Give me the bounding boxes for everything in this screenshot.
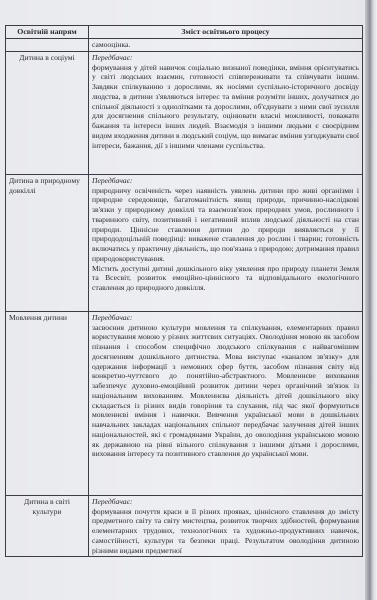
content-cell: Передбачає: засвоєння дитиною культури м… — [89, 311, 363, 495]
direction-cell: Дитина в природному довкіллі — [6, 174, 89, 311]
direction-cell — [6, 38, 89, 51]
content-cell: Передбачає: формування у дітей навичок с… — [89, 51, 363, 174]
content-cell: Передбачає: природничу освіченість через… — [89, 174, 363, 311]
content-paragraph: формування почуття краси в її різних про… — [92, 507, 359, 556]
direction-cell: Мовлення дитини — [6, 311, 89, 495]
content-intro: Передбачає: — [92, 53, 359, 63]
content-paragraph: самооцінка. — [92, 40, 359, 50]
educational-content-table: Освітній напрям Зміст освітнього процесу… — [5, 25, 363, 557]
content-paragraph: природничу освіченість через наявність у… — [92, 186, 359, 264]
content-paragraph: формування у дітей навичок соціально виз… — [92, 63, 359, 151]
content-intro: Передбачає: — [92, 497, 359, 507]
header-content: Зміст освітнього процесу — [89, 26, 363, 39]
content-paragraph: засвоєння дитиною культури мовлення та с… — [92, 323, 359, 460]
page-edge-shadow — [365, 0, 377, 600]
table-row: Дитина в світі культури Передбачає: форм… — [6, 495, 363, 557]
table-header-row: Освітній напрям Зміст освітнього процесу — [6, 26, 363, 39]
content-intro: Передбачає: — [92, 176, 359, 186]
content-intro: Передбачає: — [92, 313, 359, 323]
table-row: Дитина в природному довкіллі Передбачає:… — [6, 174, 363, 311]
header-direction: Освітній напрям — [6, 26, 89, 39]
content-paragraph: Містить доступні дитині дошкільного віку… — [92, 264, 359, 293]
table-row: Дитина в соціумі Передбачає: формування … — [6, 51, 363, 174]
direction-cell: Дитина в соціумі — [6, 51, 89, 174]
content-cell: Передбачає: формування почуття краси в ї… — [89, 495, 363, 557]
direction-cell: Дитина в світі культури — [6, 495, 89, 557]
table-row: самооцінка. — [6, 38, 363, 51]
table-row: Мовлення дитини Передбачає: засвоєння ди… — [6, 311, 363, 495]
content-cell: самооцінка. — [89, 38, 363, 51]
